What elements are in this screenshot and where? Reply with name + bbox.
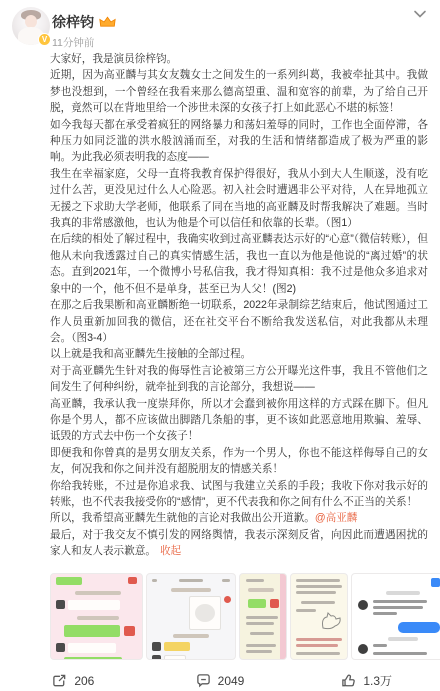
post-body: 大家好，我是演员徐梓钧。 近期，因为高亚麟与其女友魏女士之间发生的一系列纠葛，我… <box>50 51 428 560</box>
post-paragraph: 以上就是我和高亚麟先生接触的全部过程。 <box>50 346 428 362</box>
comment-count: 2049 <box>218 674 245 688</box>
post-paragraph: 你给我转账，不过是你追求我、试图与我建立关系的手段；我收下你对我示好的转账，也不… <box>50 478 428 511</box>
weibo-post: V 徐梓钧 11分钟前 大家好，我是演员徐梓钧。 近期，因为高亚麟与其女友魏女士… <box>0 0 440 691</box>
post-paragraph: 近期，因为高亚麟与其女友魏女士之间发生的一系列纠葛，我被牵扯其中。我做梦也没想到… <box>50 67 428 116</box>
post-header: V 徐梓钧 11分钟前 <box>0 0 440 47</box>
repost-icon <box>52 673 67 688</box>
repost-button[interactable]: 206 <box>0 673 147 688</box>
post-paragraph: 高亚麟，我承认我一度崇拜你，所以才会蠢到被你用这样的方式踩在脚下。但凡你是个男人… <box>50 396 428 445</box>
post-paragraph: 在那之后我果断和高亚麟断绝一切联系，2022年录制综艺结束后，他试图通过工作人员… <box>50 297 428 346</box>
post-paragraph: 对于高亚麟先生针对我的侮辱性言论被第三方公开曝光这件事，我且不管他们之间发生了何… <box>50 363 428 396</box>
post-paragraph: 在后续的相处了解过程中，我确实收到过高亚麟表达示好的“心意”（微信转账），但他从… <box>50 231 428 297</box>
blue-dm-bubble <box>398 622 440 633</box>
post-paragraph: 如今我每天都在承受着疯狂的网络暴力和荡妇羞辱的同时，工作也全面停滞，各种压力如同… <box>50 117 428 166</box>
apology-text: 所以，我希望高亚麟先生就他的言论对我做出公开道歉。 <box>50 512 315 524</box>
like-button[interactable]: 1.3万 <box>293 672 440 689</box>
repost-count: 206 <box>74 674 94 688</box>
chat-screenshot-thumb-3[interactable] <box>239 573 287 660</box>
chat-screenshot-thumb-1[interactable] <box>50 573 143 660</box>
chat-screenshot-thumb-2[interactable] <box>146 573 236 660</box>
post-paragraph: 即便我和你曾真的是男女朋友关系，作为一个男人，你也不能这样侮辱自己的女友，何况我… <box>50 445 428 478</box>
closing-text: 最后，对于我交友不慎引发的网络舆情，我表示深刻反省，向因此而遭遇困扰的家人和友人… <box>50 529 428 557</box>
post-paragraph: 我生在幸福家庭，父母一直将我教育保护得很好，我从小到大人生顺遂，没有吃过什么苦，… <box>50 166 428 232</box>
collapse-link[interactable]: 收起 <box>160 545 181 557</box>
timestamp: 11分钟前 <box>52 35 428 50</box>
chevron-down-icon[interactable] <box>412 6 428 22</box>
username[interactable]: 徐梓钧 <box>52 12 94 32</box>
action-bar: 206 2049 1.3万 <box>0 667 440 691</box>
post-paragraph: 大家好，我是演员徐梓钧。 <box>50 51 428 67</box>
closing-paragraph: 最后，对于我交友不慎引发的网络舆情，我表示深刻反省，向因此而遭遇困扰的家人和友人… <box>50 527 428 560</box>
comment-icon <box>196 673 211 688</box>
mention-link[interactable]: @高亚麟 <box>315 512 358 524</box>
verified-badge-icon: V <box>38 33 51 46</box>
like-icon <box>341 673 356 688</box>
note-screenshot-thumb-4[interactable] <box>290 573 348 660</box>
vip-crown-icon <box>99 16 116 29</box>
like-count: 1.3万 <box>363 672 392 689</box>
dm-screenshot-thumb-5[interactable] <box>351 573 440 660</box>
apology-paragraph: 所以，我希望高亚麟先生就他的言论对我做出公开道歉。@高亚麟 <box>50 510 428 526</box>
media-strip <box>50 573 440 660</box>
cat-sketch <box>319 610 343 634</box>
transfer-bubble <box>64 625 120 637</box>
comment-button[interactable]: 2049 <box>147 673 294 688</box>
